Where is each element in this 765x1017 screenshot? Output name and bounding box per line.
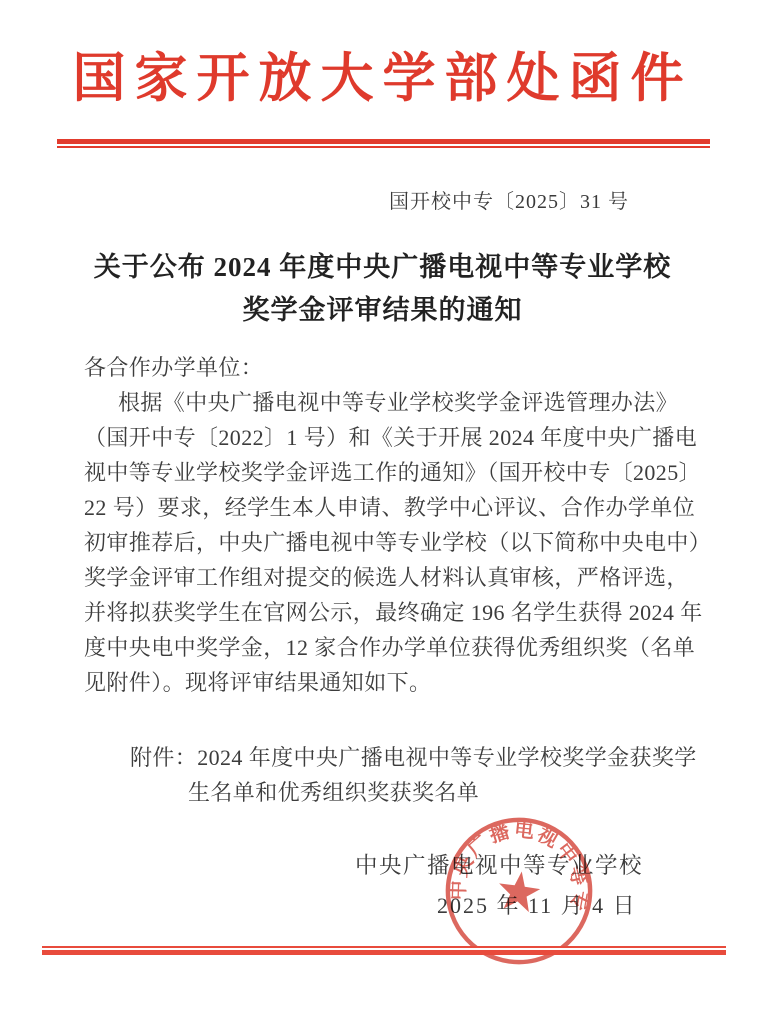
notice-title-line-1: 关于公布 2024 年度中央广播电视中等专业学校 bbox=[0, 245, 765, 284]
body-text: 各合作办学单位： 根据《中央广播电视中等专业学校奖学金评选管理办法》 （国开中专… bbox=[84, 350, 690, 700]
document-number: 国开校中专〔2025〕31 号 bbox=[389, 185, 629, 214]
salutation: 各合作办学单位： bbox=[84, 350, 690, 385]
letterhead-title: 国家开放大学部处函件 bbox=[0, 36, 765, 112]
body-line: 奖学金评审工作组对提交的候选人材料认真审核，严格评选， bbox=[84, 560, 690, 595]
attachment-line-2: 生名单和优秀组织奖获奖名单 bbox=[188, 775, 697, 810]
notice-title-line-2: 奖学金评审结果的通知 bbox=[0, 288, 765, 327]
header-red-rule bbox=[57, 139, 710, 148]
issue-date: 2025 年 11 月 4 日 bbox=[437, 889, 637, 920]
body-line: 初审推荐后，中央广播电视中等专业学校（以下简称中央电中） bbox=[84, 525, 690, 560]
attachment-line-1: 附件：2024 年度中央广播电视中等专业学校奖学金获奖学 bbox=[130, 740, 697, 775]
scanned-document-page: 国家开放大学部处函件 国开校中专〔2025〕31 号 关于公布 2024 年度中… bbox=[0, 0, 765, 1017]
body-line: 见附件）。现将评审结果通知如下。 bbox=[84, 665, 690, 700]
body-line: 并将拟获奖学生在官网公示，最终确定 196 名学生获得 2024 年 bbox=[84, 595, 690, 630]
body-line: 度中央电中奖学金，12 家合作办学单位获得优秀组织奖（名单 bbox=[84, 630, 690, 665]
attachment-note: 附件：2024 年度中央广播电视中等专业学校奖学金获奖学 生名单和优秀组织奖获奖… bbox=[130, 740, 697, 810]
body-line: 22 号）要求，经学生本人申请、教学中心评议、合作办学单位 bbox=[84, 490, 690, 525]
issuing-organization-signature: 中央广播电视中等专业学校 bbox=[355, 848, 643, 880]
body-line: 根据《中央广播电视中等专业学校奖学金评选管理办法》 bbox=[84, 385, 690, 420]
body-line: 视中等专业学校奖学金评选工作的通知》（国开校中专〔2025〕 bbox=[84, 455, 690, 490]
footer-red-rule bbox=[42, 946, 726, 955]
body-line: （国开中专〔2022〕1 号）和《关于开展 2024 年度中央广播电 bbox=[84, 420, 690, 455]
